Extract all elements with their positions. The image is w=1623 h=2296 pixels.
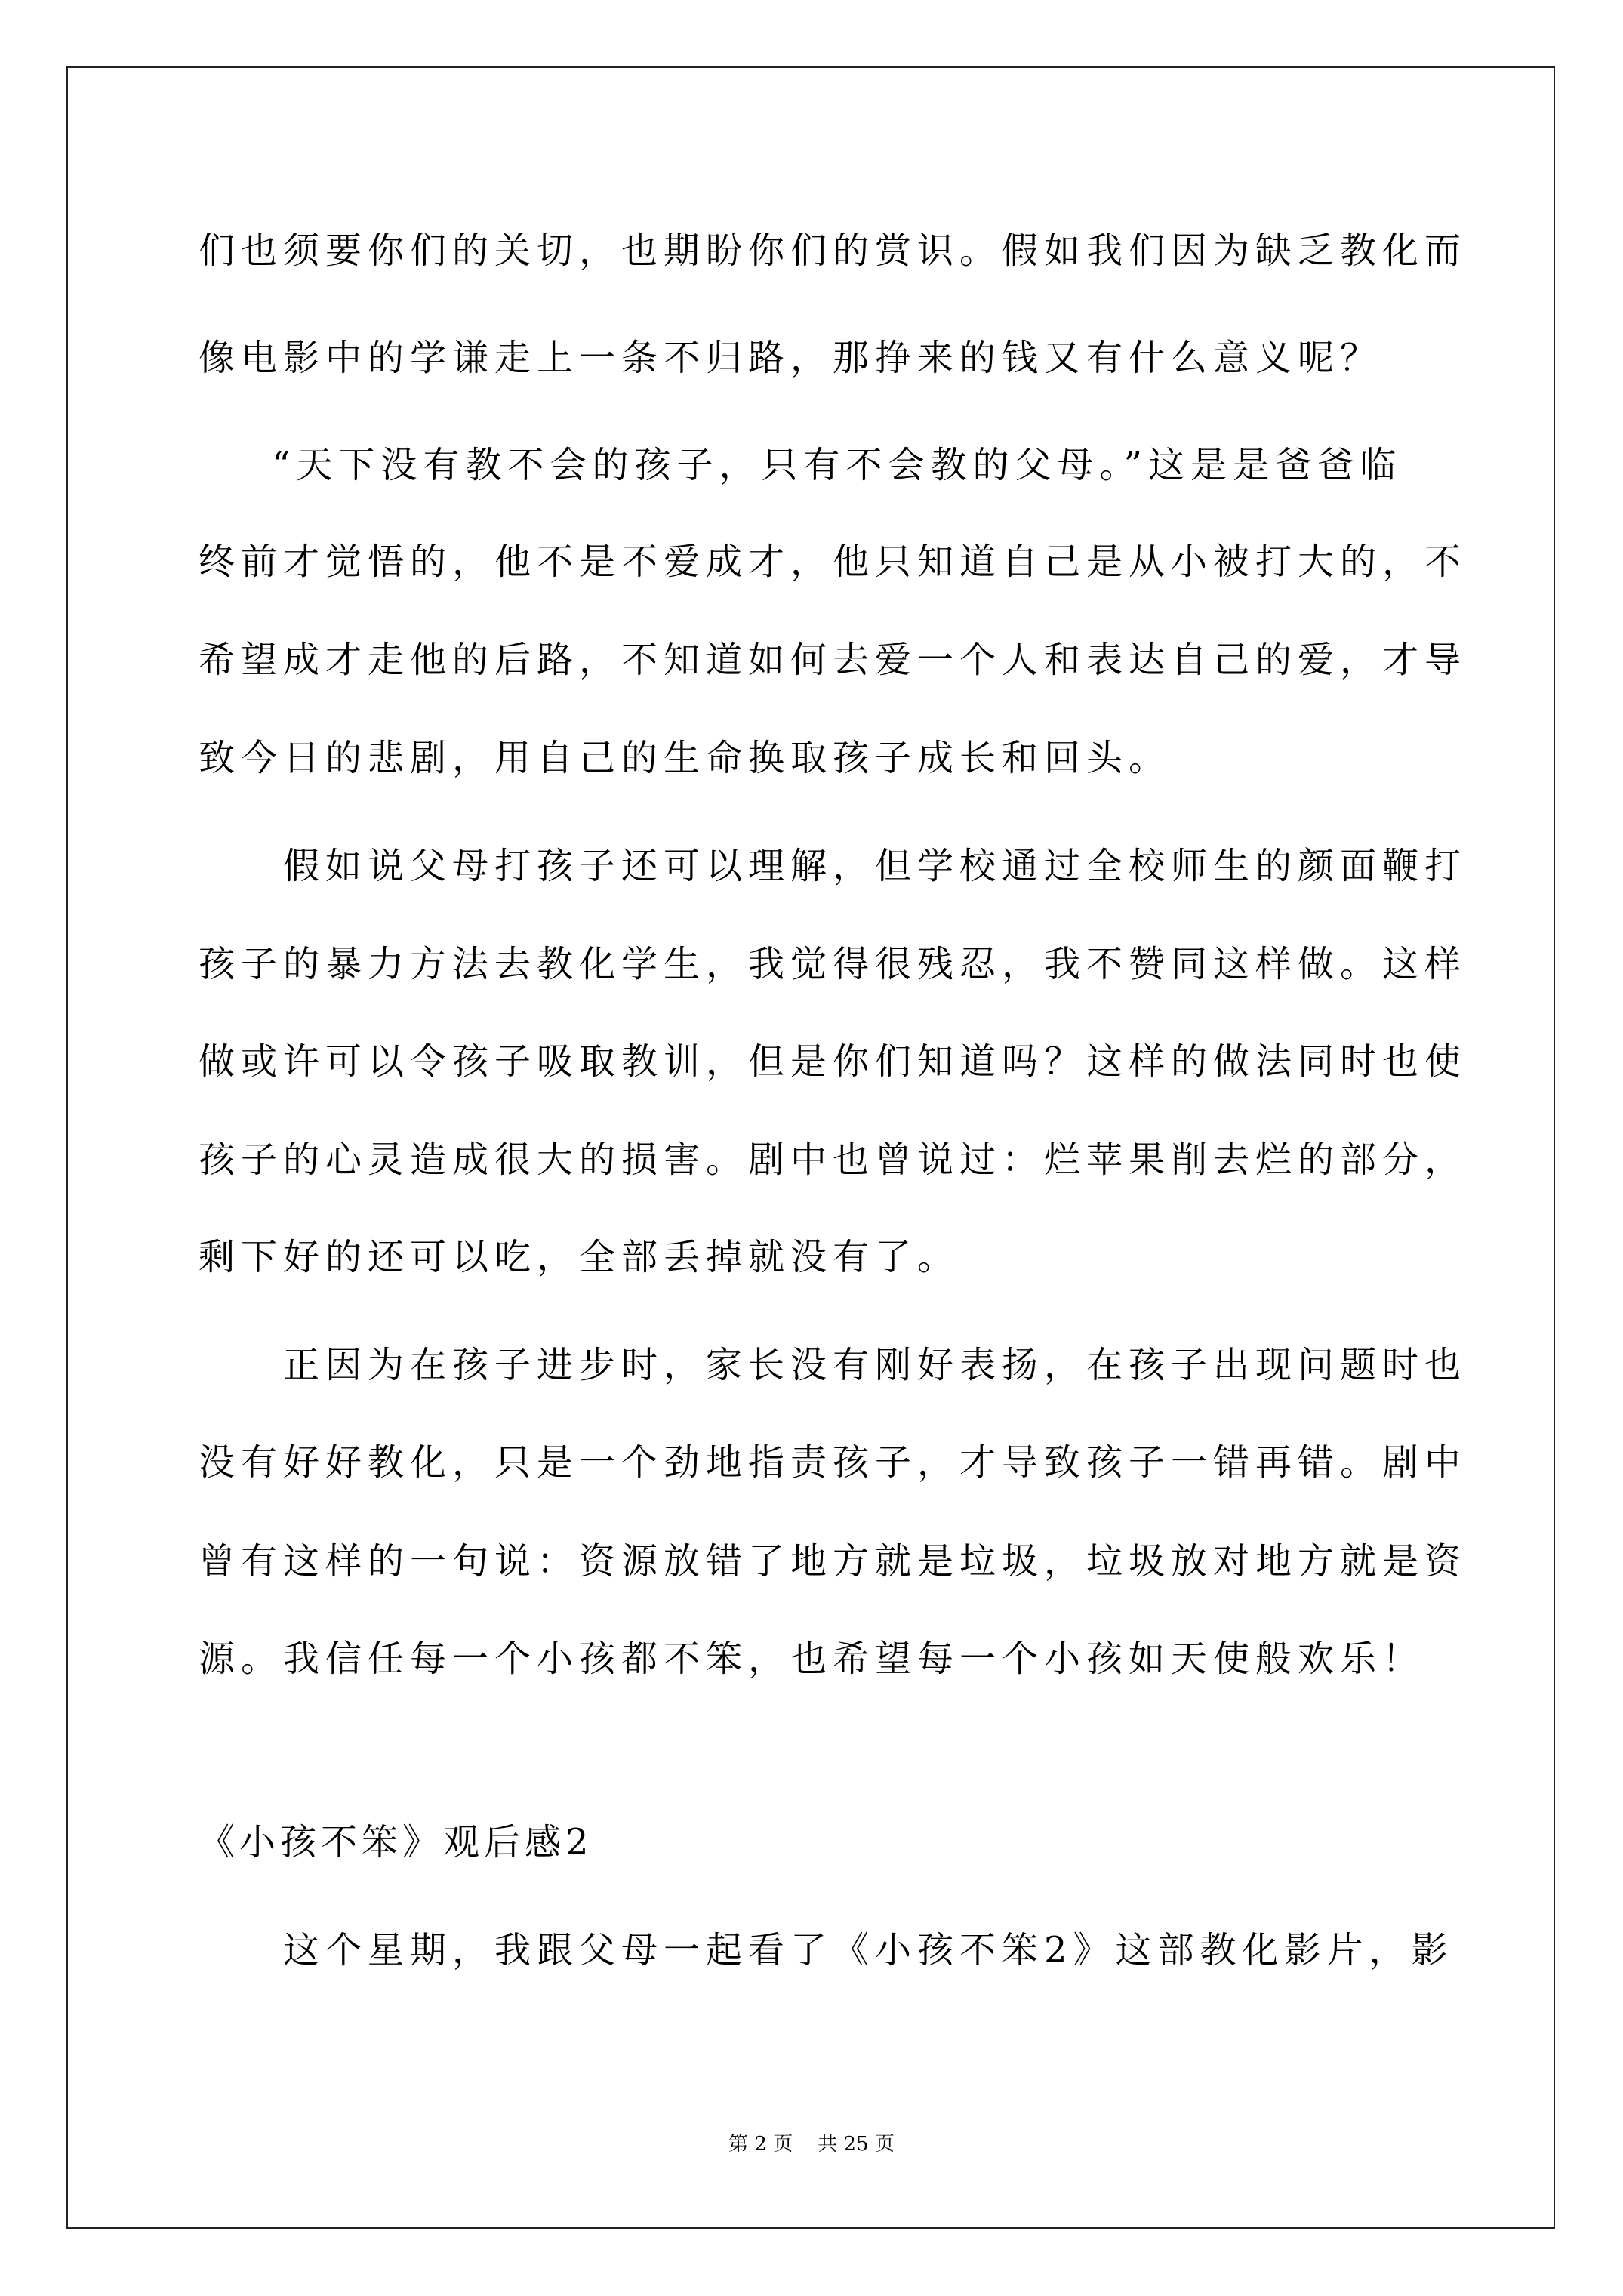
body-line-14: 曾有这样的一句说：资源放错了地方就是垃圾，垃圾放对地方就是资 [199,1540,1467,1583]
body-line-2: 像电影中的学谦走上一条不归路，那挣来的钱又有什么意义呢？ [199,337,1382,379]
body-line-9: 做或许可以令孩子吸取教训，但是你们知道吗？这样的做法同时也使 [199,1040,1467,1083]
body-line-15: 源。我信任每一个小孩都不笨，也希望每一个小孩如天使般欢乐！ [199,1638,1424,1680]
body-line-3: “天下没有教不会的孩子，只有不会教的父母。”这是是爸爸临 [272,444,1402,486]
body-line-10: 孩子的心灵造成很大的损害。剧中也曾说过：烂苹果削去烂的部分， [199,1139,1467,1181]
body-line-11: 剩下好的还可以吃，全部丢掉就没有了。 [199,1236,959,1278]
body-line-6: 致今日的悲剧，用自己的生命换取孩子成长和回头。 [199,737,1171,779]
section-title: 《小孩不笨》观后感2 [199,1821,593,1863]
page-number-footer: 第 2 页 共 25 页 [0,2131,1623,2158]
body-line-1: 们也须要你们的关切，也期盼你们的赏识。假如我们因为缺乏教化而 [199,230,1467,272]
body-line-4: 终前才觉悟的，他不是不爱成才，他只知道自己是从小被打大的，不 [199,541,1467,583]
body-line-next-paragraph: 这个星期，我跟父母一起看了《小孩不笨2》这部教化影片，影 [283,1929,1454,1971]
body-line-13: 没有好好教化，只是一个劲地指责孩子，才导致孩子一错再错。剧中 [199,1441,1467,1484]
body-line-7: 假如说父母打孩子还可以理解，但学校通过全校师生的颜面鞭打 [283,845,1467,887]
body-line-5: 希望成才走他的后路，不知道如何去爱一个人和表达自己的爱，才导 [199,639,1467,681]
body-line-12: 正因为在孩子进步时，家长没有刚好表扬，在孩子出现问题时也 [283,1344,1467,1386]
body-line-8: 孩子的暴力方法去教化学生，我觉得很残忍，我不赞同这样做。这样 [199,943,1467,985]
